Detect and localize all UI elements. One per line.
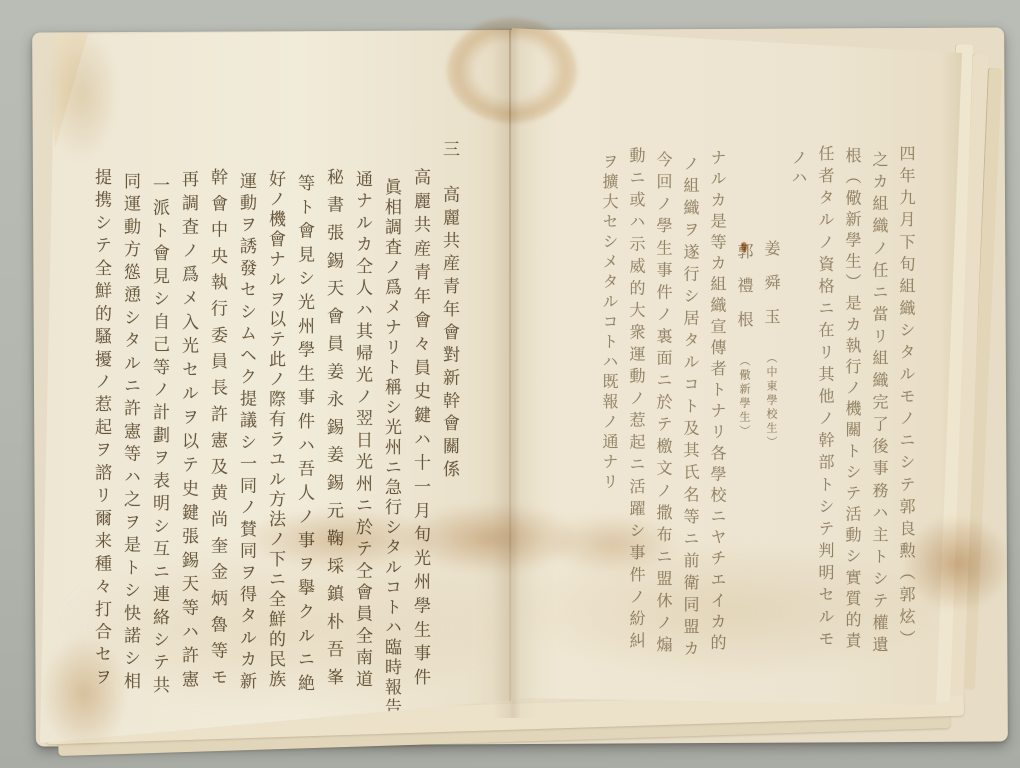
section-heading: 三 高麗共産青年會對新幹會關係 xyxy=(433,140,462,480)
text-column: 再調査ノ爲メ入光セルヲ以テ史鍵張錫天等ハ許憲 xyxy=(172,170,201,690)
left-page: 三 高麗共産青年會對新幹會關係 高麗共産青年會々員史鍵ハ十一月旬光州學生事件 眞… xyxy=(40,28,512,746)
text-column: ナルカ是等カ組織宣傳者トナリ各學校ニヤチエイカ的 xyxy=(702,149,729,654)
text-column: 四年九月下旬組織シタルモノニシテ郭良勲（郭炫） xyxy=(891,145,918,650)
text-column: 幹會中央執行委員長許憲及黄尚奎金炳魯等モ xyxy=(201,168,230,688)
text-column: ヲ擴大セシメタルコトハ既報ノ通ナリ xyxy=(594,153,621,748)
text-column: ノハ xyxy=(783,149,810,748)
name-column: 姜舜玉（中東學校生） xyxy=(756,240,783,745)
text-column: 動ニ或ハ示威的大衆運動ノ惹起ニ活躍シ事件ノ紛糾 xyxy=(621,147,648,652)
text-column: 秘書張錫天會員姜永錫姜錫元鞠埰鎮朴吾峯 xyxy=(317,168,346,688)
text-column: 運動ヲ誘發セシムヘク提議シ一同ノ賛同ヲ得タルカ新 xyxy=(230,172,259,692)
right-page: 四年九月下旬組織シタルモノニシテ郭良勲（郭炫） 之カ組織ノ任ニ當リ組織完了後事務… xyxy=(512,28,964,718)
name-column: 郭禮根（儆新學生） xyxy=(729,243,756,748)
text-column: 任者タルノ資格ニ在リ其他ノ幹部トシテ判明セルモ xyxy=(810,145,837,650)
text-column: ノ組織ヲ遂行シ居タルコト及其氏名等ニ前衛同盟カ xyxy=(675,155,702,660)
text-column: 眞相調査ノ爲メナリト稱シ光州ニ急行シタルコトハ臨時報告ノ xyxy=(375,178,404,698)
text-column: 一派ト會見シ自己等ノ計劃ヲ表明シ互ニ連絡シテ共 xyxy=(143,176,172,696)
left-page-text: 三 高麗共産青年會對新幹會關係 高麗共産青年會々員史鍵ハ十一月旬光州學生事件 眞… xyxy=(70,140,462,698)
person-note: （儆新學生） xyxy=(738,355,751,439)
person-name: 郭禮根 xyxy=(735,243,754,345)
text-column: 好ノ機會ナルヲ以テ此ノ際有ラユル方法ノ下ニ全鮮的民族 xyxy=(259,170,288,690)
text-column: 之カ組織ノ任ニ當リ組織完了後事務ハ主トシテ權遺 xyxy=(864,151,891,656)
text-column: 同運動方慫慂シタルニ許憲等ハ之ヲ是トシ快諾シ相 xyxy=(114,172,143,692)
person-name: 姜舜玉 xyxy=(762,240,781,342)
text-column: 提携シテ全鮮的騷擾ノ惹起ヲ諮リ爾来種々打合セヲ xyxy=(85,168,114,688)
manuscript-book: 三 高麗共産青年會對新幹會關係 高麗共産青年會々員史鍵ハ十一月旬光州學生事件 眞… xyxy=(0,0,1020,768)
person-note: （中東學校生） xyxy=(765,352,778,450)
text-column: 今回ノ學生事件ノ裏面ニ於テ檄文ノ撒布ニ盟休ノ煽 xyxy=(648,151,675,656)
photo-background: 三 高麗共産青年會對新幹會關係 高麗共産青年會々員史鍵ハ十一月旬光州學生事件 眞… xyxy=(0,0,1020,768)
text-column: 根（儆新學生）是カ執行ノ機關トシテ活動シ實質的責 xyxy=(837,147,864,652)
text-column: 通ナルカ仝人ハ其帰光ノ翌日光州ニ於テ仝會員全南道 xyxy=(346,170,375,690)
right-page-text: 四年九月下旬組織シタルモノニシテ郭良勲（郭炫） 之カ組織ノ任ニ當リ組織完了後事務… xyxy=(578,145,918,748)
text-column: 高麗共産青年會々員史鍵ハ十一月旬光州學生事件 xyxy=(404,168,433,688)
text-column: 等ト會見シ光州學生事件ハ吾人ノ事ヲ擧クルニ絶 xyxy=(288,174,317,694)
